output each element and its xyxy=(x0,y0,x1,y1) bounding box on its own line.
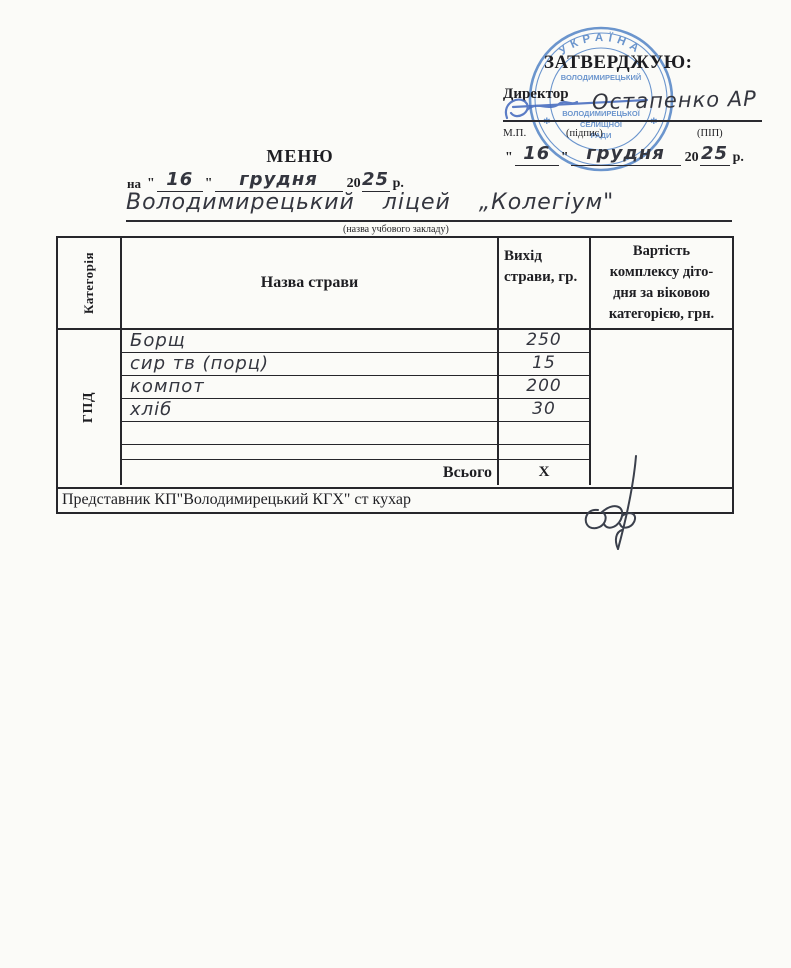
dish-cell xyxy=(122,422,499,444)
total-label: Всього xyxy=(122,460,499,485)
table-row xyxy=(122,445,589,460)
table-row: сир тв (порц) 15 xyxy=(122,353,589,376)
output-cell: 200 xyxy=(499,376,589,398)
approval-date-year: 25 xyxy=(700,144,730,166)
director-signature-name: Остапенко АР xyxy=(592,86,791,114)
dish-cell: сир тв (порц) xyxy=(122,353,499,375)
table-row xyxy=(122,422,589,445)
dish-cell: компот xyxy=(122,376,499,398)
header-cost-label: Вартість комплексу діто- дня за віковою … xyxy=(589,238,732,328)
total-value: Х xyxy=(499,460,589,485)
table-total-row: Всього Х xyxy=(122,460,589,485)
header-dish-label: Назва страви xyxy=(122,238,499,328)
school-name-line: Володимирецький ліцей „Колегіум" xyxy=(126,186,732,222)
table-row: Борщ 250 xyxy=(122,330,589,353)
dish-output-rows: Борщ 250 сир тв (порц) 15 компот 200 хлі… xyxy=(122,330,589,485)
scanned-menu-document: УКРАЇНА ✱ ✱ ВОЛОДИМИРЕЦЬКИЙ ВОЛОДИМИРЕЦЬ… xyxy=(0,0,791,968)
output-cell xyxy=(499,422,589,444)
approval-date-century: 20 xyxy=(681,150,700,166)
quote-open: " xyxy=(503,150,515,166)
dish-cell: Борщ xyxy=(122,330,499,352)
table-header-row: Категорія Назва страви Вихід страви, гр.… xyxy=(58,238,732,330)
output-cell: 30 xyxy=(499,399,589,421)
school-name-caption: (назва учбового закладу) xyxy=(343,224,449,235)
fullname-caption: (ПІП) xyxy=(697,128,723,139)
table-row: хліб 30 xyxy=(122,399,589,422)
stamp-center-line-1: ВОЛОДИМИРЕЦЬКИЙ xyxy=(561,73,641,82)
category-merged-cell: ГПД xyxy=(58,330,122,485)
output-cell xyxy=(499,445,589,459)
approval-title: ЗАТВЕРДЖУЮ: xyxy=(544,52,692,74)
approval-date-day: 16 xyxy=(515,144,559,166)
approval-date-line: " 16 " грудня 20 25 р. xyxy=(503,144,744,166)
header-category-label: Категорія xyxy=(81,252,97,314)
output-cell: 15 xyxy=(499,353,589,375)
header-output-label: Вихід страви, гр. xyxy=(499,238,589,328)
approval-date-month: грудня xyxy=(571,144,681,166)
menu-title: МЕНЮ xyxy=(225,146,375,167)
approval-date-suffix: р. xyxy=(730,150,744,166)
dish-cell: хліб xyxy=(122,399,499,421)
cook-signature-scribble-icon xyxy=(580,452,665,552)
quote-close: " xyxy=(559,150,571,166)
table-row: компот 200 xyxy=(122,376,589,399)
category-value: ГПД xyxy=(81,392,97,423)
dish-cell xyxy=(122,445,499,459)
header-category-cell: Категорія xyxy=(58,238,122,328)
output-cell: 250 xyxy=(499,330,589,352)
